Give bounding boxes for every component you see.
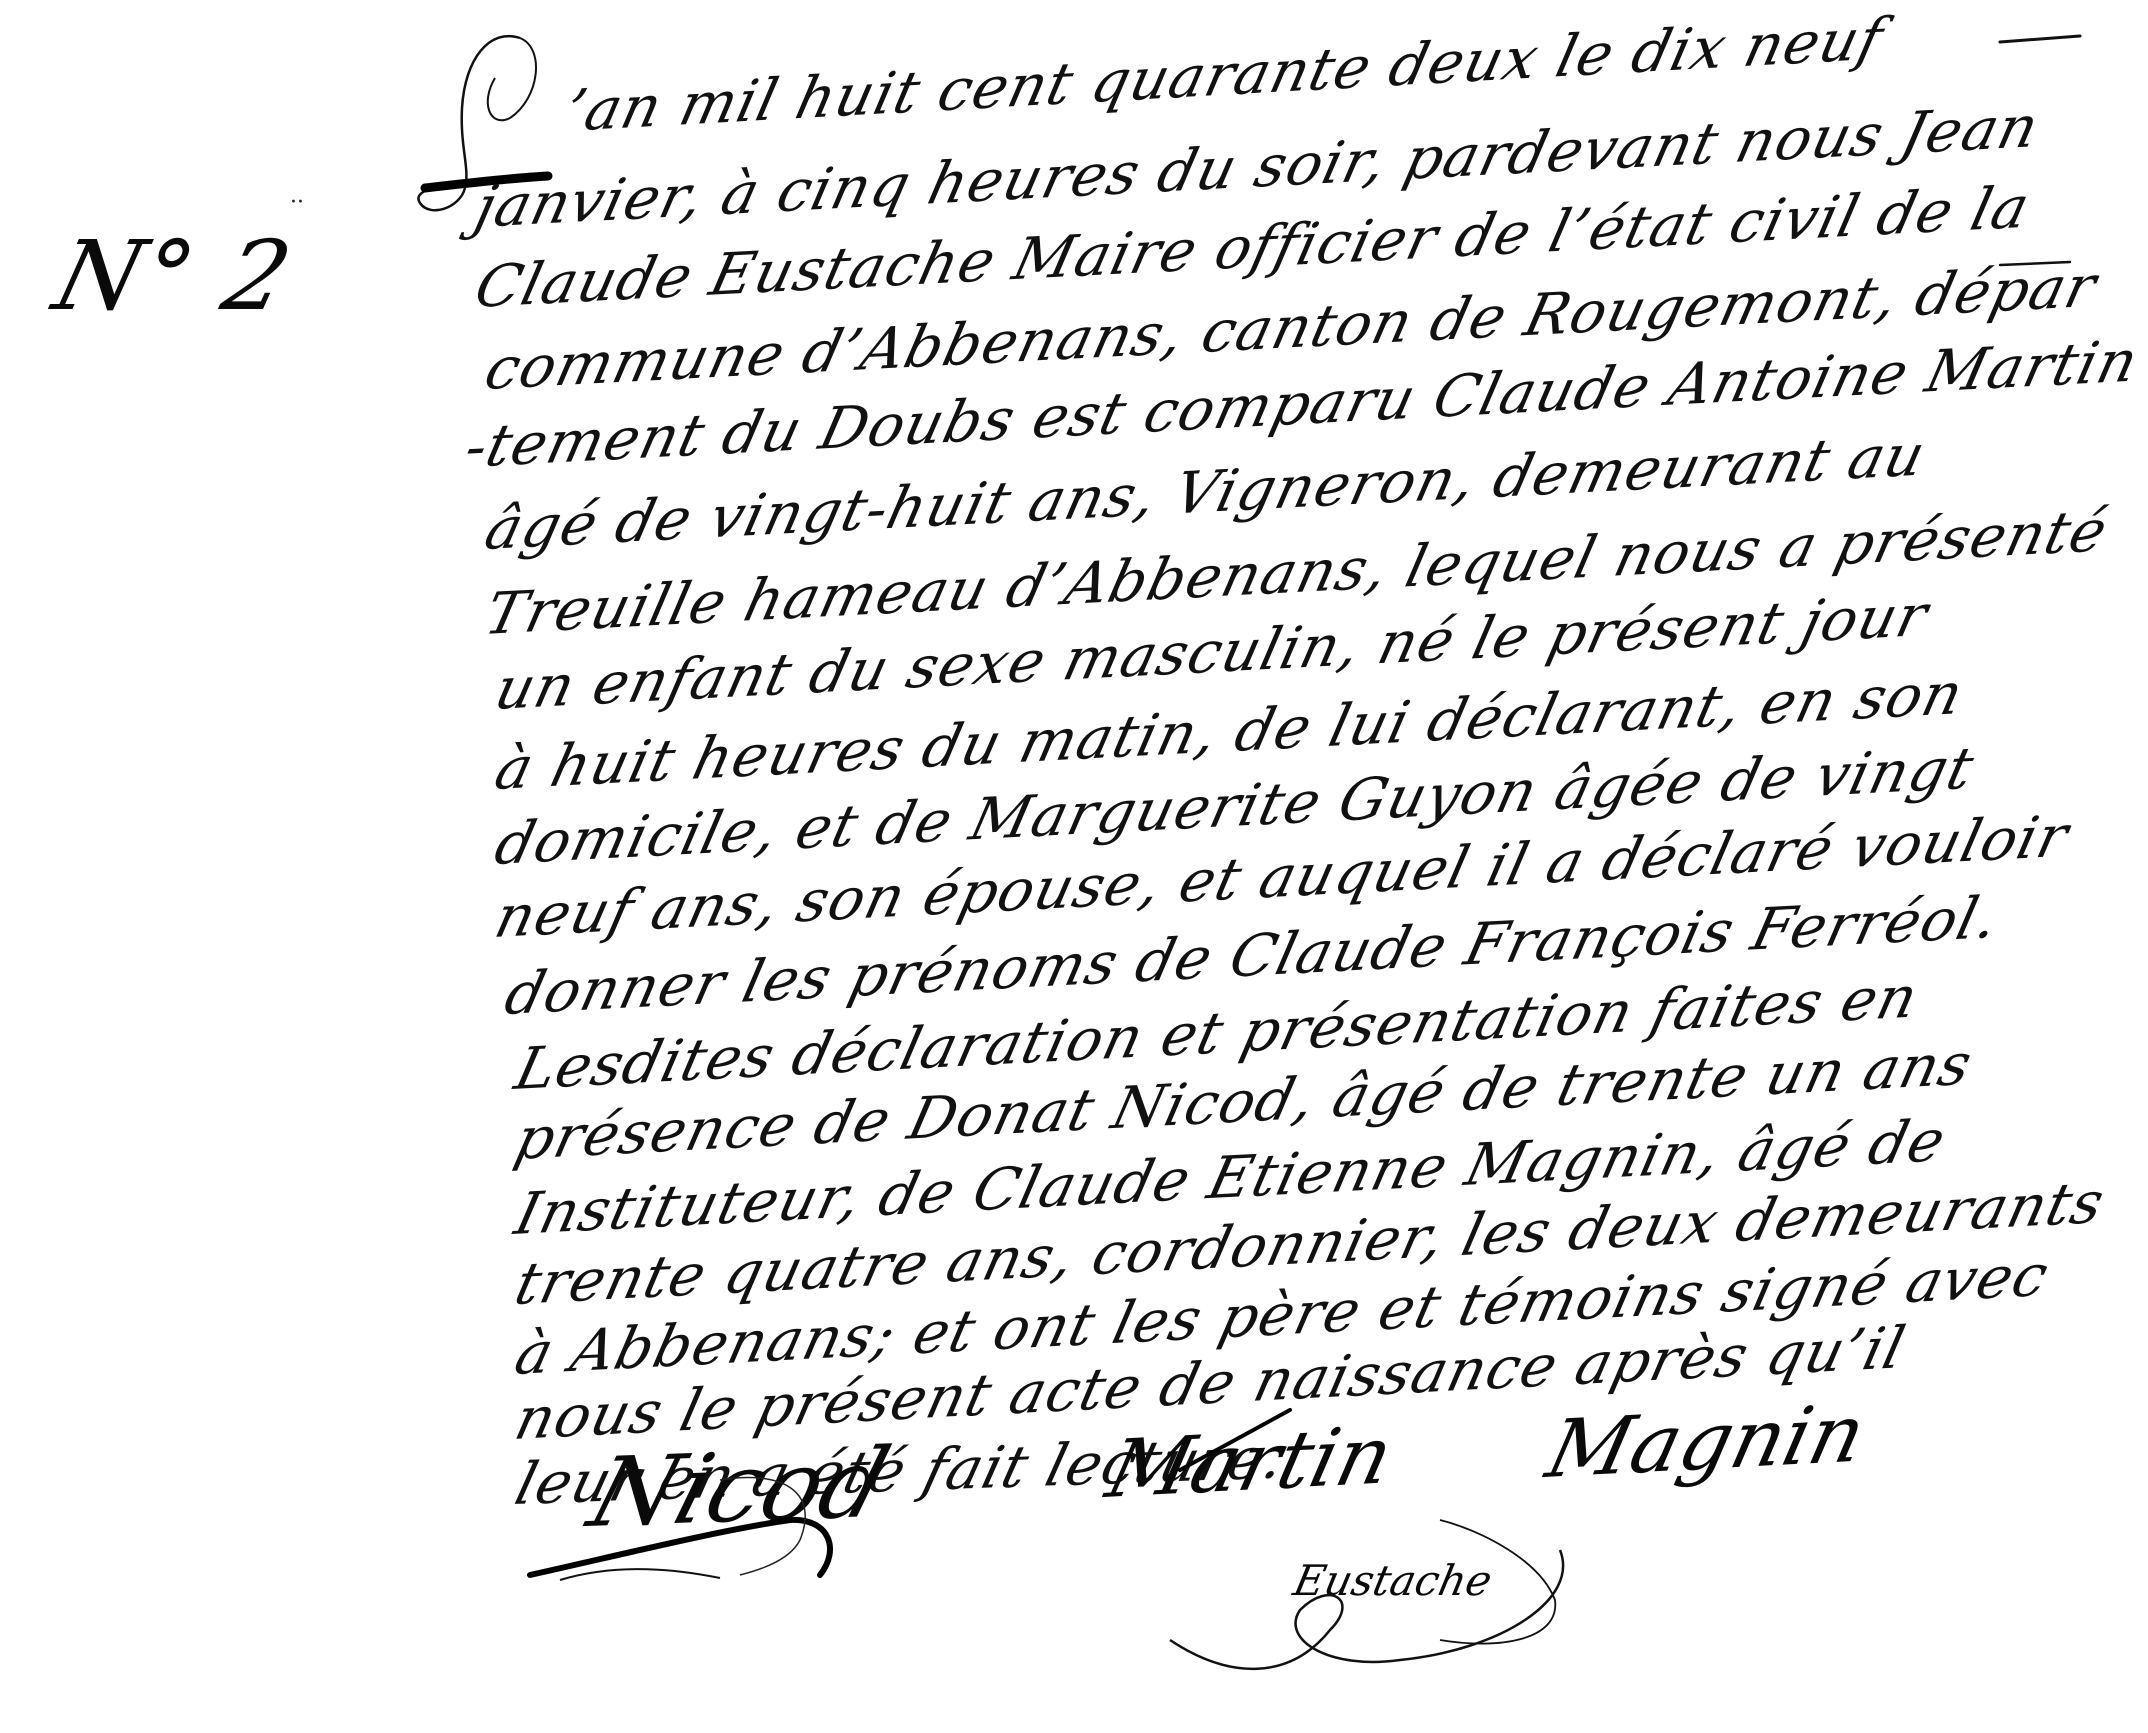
signature-nicod: Nicod <box>580 1435 899 1541</box>
signature-block: Nicod Martin Magnin Eustache <box>0 0 2148 1733</box>
document-page: N° 2 ·· ’an mil huit cent quarante deux … <box>0 0 2148 1733</box>
signature-martin: Martin <box>1100 1416 1400 1510</box>
signature-magnin: Magnin <box>1540 1394 1872 1490</box>
signature-mayor-paraph: Eustache <box>1290 1560 1496 1602</box>
